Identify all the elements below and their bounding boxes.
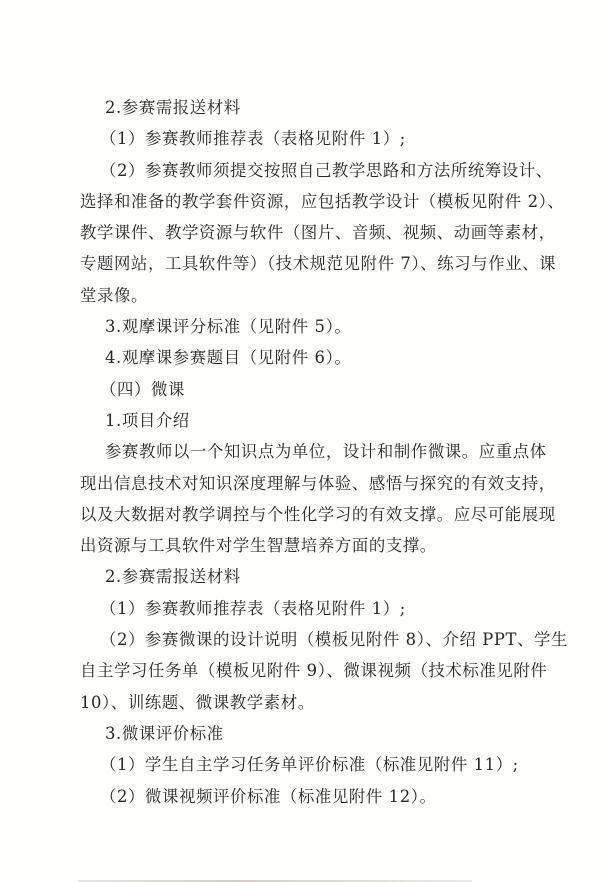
section-heading-topics: 4.观摩课参赛题目（见附件 6）。 bbox=[80, 342, 544, 373]
document-body: 2.参赛需报送材料 （1）参赛教师推荐表（表格见附件 1）; （2）参赛教师须提… bbox=[80, 92, 544, 812]
paragraph-line: 专题网站，工具软件等）（技术规范见附件 7）、练习与作业、课 bbox=[80, 248, 544, 279]
paragraph-line: 出资源与工具软件对学生智慧培养方面的支撑。 bbox=[80, 530, 544, 561]
paragraph-line: 现出信息技术对知识深度理解与体验、感悟与探究的有效支持， bbox=[80, 468, 544, 499]
paragraph-line: 参赛教师以一个知识点为单位，设计和制作微课。应重点体 bbox=[80, 436, 544, 467]
paragraph-line: 自主学习任务单（模板见附件 9）、微课视频（技术标准见附件 bbox=[80, 655, 544, 686]
list-item: （1）参赛教师推荐表（表格见附件 1）; bbox=[80, 123, 544, 154]
paragraph-line: 选择和准备的教学套件资源，应包括教学设计（模板见附件 2）、 bbox=[80, 186, 544, 217]
section-heading-microlesson: （四）微课 bbox=[80, 374, 544, 405]
list-item: （2）参赛教师须提交按照自己教学思路和方法所统筹设计、 bbox=[80, 155, 544, 186]
paragraph-line: 以及大数据对教学调控与个性化学习的有效支撑。应尽可能展现 bbox=[80, 499, 544, 530]
paragraph-line: 10）、训练题、微课教学素材。 bbox=[80, 687, 544, 718]
paragraph-line: 堂录像。 bbox=[80, 280, 544, 311]
section-heading-materials-2: 2.参赛需报送材料 bbox=[80, 561, 544, 592]
list-item: （1）学生自主学习任务单评价标准（标准见附件 11）; bbox=[80, 749, 544, 780]
section-heading-materials: 2.参赛需报送材料 bbox=[80, 92, 544, 123]
paragraph-line: 教学课件、教学资源与软件（图片、音频、视频、动画等素材， bbox=[80, 217, 544, 248]
list-item: （1）参赛教师推荐表（表格见附件 1）; bbox=[80, 593, 544, 624]
section-heading-scoring: 3.观摩课评分标准（见附件 5）。 bbox=[80, 311, 544, 342]
scanned-page: 2.参赛需报送材料 （1）参赛教师推荐表（表格见附件 1）; （2）参赛教师须提… bbox=[0, 0, 612, 882]
section-heading-evaluation: 3.微课评价标准 bbox=[80, 718, 544, 749]
list-item: （2）参赛微课的设计说明（模板见附件 8）、介绍 PPT、学生 bbox=[80, 624, 544, 655]
list-item: （2）微课视频评价标准（标准见附件 12）。 bbox=[80, 781, 544, 812]
section-heading-intro: 1.项目介绍 bbox=[80, 405, 544, 436]
